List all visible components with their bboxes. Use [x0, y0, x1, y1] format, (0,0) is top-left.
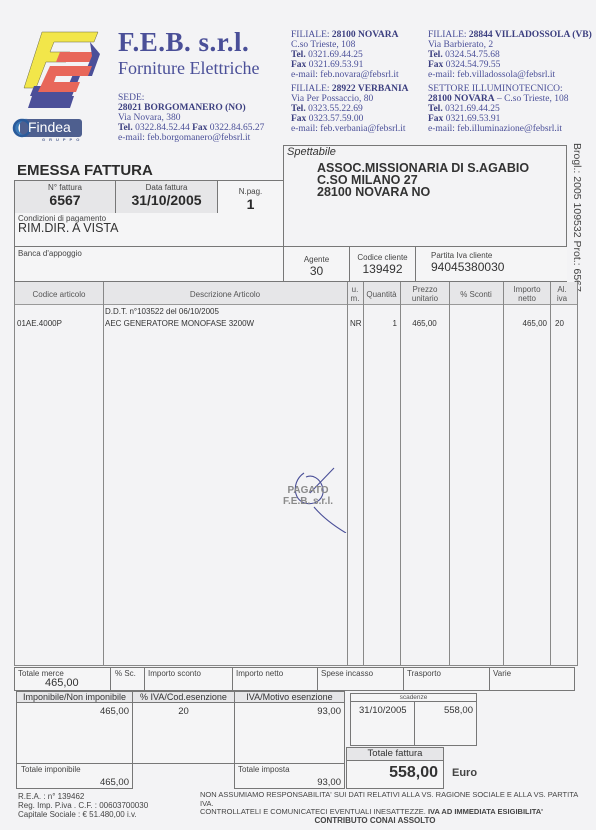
sede-city: 28021 BORGOMANERO (NO) [118, 103, 246, 113]
branch-street: Via Per Possaccio, 80 [291, 94, 409, 104]
totale-fattura-box: 558,00 [346, 760, 444, 789]
varie-label: Varie [493, 669, 574, 678]
varie-box: Varie [489, 667, 575, 691]
tel-label: Tel. [291, 50, 306, 60]
legal-note-1: NON ASSUMIAMO RESPONSABILITA' SUI DATI R… [200, 791, 590, 808]
headquarters-address: SEDE: 28021 BORGOMANERO (NO) Via Novara,… [118, 93, 264, 143]
registration-number: Reg. Imp. P.iva . C.F. : 00603700030 [18, 801, 148, 810]
sconto-pct-box: % Sc. [110, 667, 145, 691]
payment-terms: RIM.DIR. A VISTA [18, 223, 283, 234]
spese-incasso-box: Spese incasso [317, 667, 404, 691]
branch-city: 28100 NOVARA [428, 94, 495, 104]
branch-email: e-mail: feb.illuminazione@febsrl.it [428, 124, 569, 134]
bank-box: Banca d'appoggio [14, 246, 284, 282]
company-name: F.E.B. s.r.l. [118, 27, 249, 58]
item-vat: 20 [555, 319, 564, 328]
branch-fax: 0323.57.59.00 [309, 114, 364, 124]
pages-label: N.pag. [218, 187, 283, 196]
paid-stamp-line2: F.E.B. s.r.l. [283, 496, 333, 507]
pages-count: 1 [218, 196, 283, 212]
branch-tel: 0321.69.44.25 [308, 50, 363, 60]
sconto-pct-label: % Sc. [115, 669, 144, 678]
branch-verbania: FILIALE: 28922 VERBANIA Via Per Possacci… [291, 84, 409, 134]
iva-pct-cell: 20 [132, 702, 235, 764]
column-divider [503, 282, 504, 665]
header-um: u. m. [347, 285, 363, 303]
header-quantita: Quantità [363, 290, 400, 299]
protocol-note: Brogl.: 2005 109532 Prot.: 6567 [571, 143, 583, 292]
fax-label: Fax [291, 60, 306, 70]
importo-netto-label: Importo netto [236, 669, 317, 678]
item-um: NR [350, 319, 362, 328]
branch-fax: 0324.54.79.55 [446, 60, 501, 70]
totale-fattura-label: Totale fattura [346, 747, 444, 761]
findea-logo: Findea GRUPPO [8, 115, 103, 143]
scadenza-date-cell: 31/10/2005 [350, 701, 415, 746]
invoice-number-label: N° fattura [15, 183, 115, 192]
header-prezzo: Prezzo unitario [408, 285, 442, 303]
iva-pct-value: 20 [133, 706, 234, 717]
branch-email: e-mail: feb.novara@febsrl.it [291, 70, 399, 80]
customer-vat-label: Partita Iva cliente [431, 251, 567, 260]
header-descrizione: Descrizione Articolo [103, 290, 347, 299]
branch-label: FILIALE: [291, 30, 330, 40]
importo-sconto-box: Importo sconto [144, 667, 233, 691]
sede-fax: 0322.84.65.27 [210, 123, 265, 133]
recipient-label: Spettabile [287, 146, 336, 158]
branch-street: – C.so Trieste, 108 [495, 94, 569, 104]
branch-label: SETTORE ILLUMINOTECNICO: [428, 84, 569, 94]
currency-label: Euro [452, 767, 477, 779]
customer-code: 139492 [350, 262, 415, 276]
totale-imposta-label: Totale imposta [238, 765, 344, 774]
agent-label: Agente [284, 255, 349, 264]
totale-imposta: 93,00 [235, 777, 341, 788]
bank-label: Banca d'appoggio [18, 249, 283, 258]
branch-city: 28100 NOVARA [332, 30, 399, 40]
branch-label: FILIALE: [291, 84, 330, 94]
legal-notes: NON ASSUMIAMO RESPONSABILITA' SUI DATI R… [200, 791, 590, 825]
column-divider [103, 282, 104, 665]
pages-box: N.pag. 1 [217, 180, 284, 214]
spese-incasso-label: Spese incasso [321, 669, 403, 678]
lighting-sector: SETTORE ILLUMINOTECNICO: 28100 NOVARA – … [428, 84, 569, 134]
fax-label: Fax [428, 60, 443, 70]
header-codice: Codice articolo [15, 290, 103, 299]
item-description: AEC GENERATORE MONOFASE 3200W [105, 319, 254, 328]
invoice-date-box: Data fattura 31/10/2005 [115, 180, 218, 214]
invoice-date-label: Data fattura [116, 183, 217, 192]
recipient-box: Spettabile ASSOC.MISSIONARIA DI S.AGABIO… [283, 145, 567, 247]
item-price: 465,00 [400, 319, 449, 328]
branch-label: FILIALE: [428, 30, 467, 40]
document-title: EMESSA FATTURA [17, 162, 153, 179]
sede-email: e-mail: feb.borgomanero@febsrl.it [118, 133, 264, 143]
iva-cell: 93,00 [234, 702, 345, 764]
legal-note-2: CONTROLLATELI E COMUNICATECI EVENTUALI I… [200, 807, 428, 816]
branch-street: Via Barbierato, 2 [428, 40, 592, 50]
share-capital: Capitale Sociale : € 51.480,00 i.v. [18, 810, 148, 819]
branch-email: e-mail: feb.verbania@febsrl.it [291, 124, 409, 134]
branch-tel: 0324.54.75.68 [445, 50, 500, 60]
sede-street: Via Novara, 380 [118, 113, 264, 123]
importo-sconto-label: Importo sconto [148, 669, 232, 678]
scadenza-amount: 558,00 [415, 705, 473, 716]
fax-label: Fax [428, 114, 443, 124]
totale-imponibile: 465,00 [17, 777, 129, 788]
branch-fax: 0321.69.53.91 [309, 60, 364, 70]
column-divider [550, 282, 551, 665]
totale-imponibile-label: Totale imponibile [21, 765, 132, 774]
iva-value: 93,00 [235, 706, 341, 717]
column-divider [363, 282, 364, 665]
branch-street: C.so Trieste, 108 [291, 40, 399, 50]
branch-villadossola: FILIALE: 28844 VILLADOSSOLA (VB) Via Bar… [428, 30, 592, 80]
header-aliquota: Al. iva [552, 285, 572, 303]
customer-code-label: Codice cliente [350, 253, 415, 262]
recipient-address: ASSOC.MISSIONARIA DI S.AGABIO C.SO MILAN… [317, 162, 529, 198]
agent-value: 30 [284, 264, 349, 278]
invoice-number-box: N° fattura 6567 [14, 180, 116, 214]
rea-number: R.E.A. : n° 139462 [18, 792, 148, 801]
customer-vat-box: Partita Iva cliente 94045380030 [415, 246, 567, 282]
fax-label: Fax [192, 123, 207, 133]
totale-fattura: 558,00 [347, 764, 438, 782]
item-net: 465,00 [503, 319, 547, 328]
totale-merce: 465,00 [45, 678, 110, 688]
branch-fax: 0321.69.53.91 [446, 114, 501, 124]
agent-box: Agente 30 [283, 246, 350, 282]
paid-stamp-line1: PAGATO [283, 485, 333, 496]
payment-terms-box: Condizioni di pagamento RIM.DIR. A VISTA [14, 213, 284, 247]
findea-text: Findea [28, 119, 71, 135]
item-qty: 1 [365, 319, 397, 328]
company-registration: R.E.A. : n° 139462 Reg. Imp. P.iva . C.F… [18, 792, 148, 819]
sede-label: SEDE: [118, 93, 264, 103]
branch-city: 28922 VERBANIA [332, 84, 409, 94]
customer-vat: 94045380030 [431, 260, 567, 274]
company-subtitle: Forniture Elettriche [118, 58, 259, 79]
trasporto-label: Trasporto [407, 669, 489, 678]
tel-label: Tel. [428, 50, 443, 60]
branch-tel: 0323.55.22.69 [308, 104, 363, 114]
vat-note: IVA AD IMMEDIATA ESIGIBILITA' [428, 807, 543, 816]
trasporto-box: Trasporto [403, 667, 490, 691]
tel-label: Tel. [428, 104, 443, 114]
fax-label: Fax [291, 114, 306, 124]
totale-merce-box: Totale merce 465,00 [14, 667, 111, 691]
imponibile-cell: 465,00 [16, 702, 133, 764]
branch-email: e-mail: feb.villadossola@febsrl.it [428, 70, 592, 80]
branch-tel: 0321.69.44.25 [445, 104, 500, 114]
column-divider [400, 282, 401, 665]
conai-note: CONTRIBUTO CONAI ASSOLTO [200, 817, 590, 826]
header-importo: Importo netto [511, 285, 543, 303]
recipient-city: 28100 NOVARA NO [317, 186, 529, 198]
item-code: 01AE.4000P [17, 319, 62, 328]
totale-imponibile-box: Totale imponibile 465,00 [16, 763, 133, 789]
imponibile-value: 465,00 [17, 706, 129, 717]
paid-stamp: PAGATO F.E.B. s.r.l. [283, 485, 333, 507]
divider [132, 763, 235, 764]
totale-imposta-box: Totale imposta 93,00 [234, 763, 345, 789]
scadenza-amount-cell: 558,00 [414, 701, 477, 746]
sede-tel: 0322.84.52.44 [135, 123, 190, 133]
ddt-reference: D.D.T. n°103522 del 06/10/2005 [105, 307, 219, 316]
column-divider [449, 282, 450, 665]
findea-group-label: GRUPPO [42, 137, 83, 142]
scadenza-date: 31/10/2005 [359, 705, 414, 716]
branch-city: 28844 VILLADOSSOLA (VB) [469, 30, 592, 40]
invoice-date: 31/10/2005 [116, 192, 217, 208]
feb-logo [20, 30, 100, 110]
customer-code-box: Codice cliente 139492 [349, 246, 416, 282]
branch-novara: FILIALE: 28100 NOVARA C.so Trieste, 108 … [291, 30, 399, 80]
tel-label: Tel. [118, 123, 133, 133]
header-sconti: % Sconti [449, 290, 503, 299]
importo-netto-box: Importo netto [232, 667, 318, 691]
tel-label: Tel. [291, 104, 306, 114]
invoice-number: 6567 [15, 192, 115, 208]
